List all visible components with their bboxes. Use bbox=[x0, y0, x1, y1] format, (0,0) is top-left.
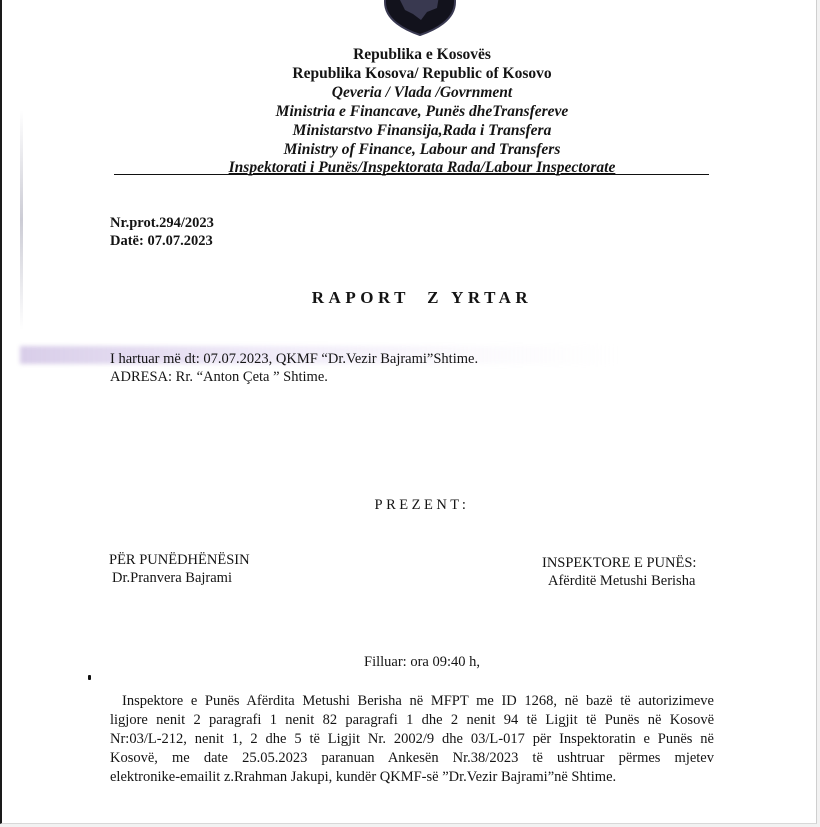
report-title: RAPORT Z YRTAR bbox=[2, 288, 820, 308]
stray-mark bbox=[88, 675, 91, 680]
inspector-label: INSPEKTORE E PUNËS: bbox=[542, 554, 696, 572]
body-paragraph: Inspektore e Punës Afërdita Metushi Beri… bbox=[110, 692, 714, 787]
header-line-5: Ministarstvo Finansija,Rada i Transfera bbox=[2, 121, 820, 140]
header-line-4: Ministria e Financave, Punës dheTransfer… bbox=[2, 102, 820, 121]
employer-label: PËR PUNËDHËNËSIN bbox=[109, 551, 250, 569]
body-line-3: Nr:03/L-212, nenit 1, 2 dhe 5 të Ligjit … bbox=[110, 730, 714, 749]
employer-name: Dr.Pranvera Bajrami bbox=[112, 569, 232, 587]
inspector-name: Afërditë Metushi Berisha bbox=[548, 572, 695, 590]
document-page: Republika e Kosovës Republika Kosova/ Re… bbox=[0, 0, 817, 824]
protocol-date: Datë: 07.07.2023 bbox=[110, 232, 213, 250]
address-line: ADRESA: Rr. “Anton Çeta ” Shtime. bbox=[110, 368, 328, 386]
drafted-line: I hartuar më dt: 07.07.2023, QKMF “Dr.Ve… bbox=[110, 350, 478, 368]
kosovo-coat-of-arms-icon bbox=[383, 0, 457, 36]
protocol-number: Nr.prot.294/2023 bbox=[110, 214, 214, 232]
header-line-3: Qeveria / Vlada /Govrnment bbox=[2, 83, 820, 102]
body-line-1: Inspektore e Punës Afërdita Metushi Beri… bbox=[110, 692, 714, 711]
start-time: Filluar: ora 09:40 h, bbox=[2, 653, 820, 671]
present-heading: PREZENT: bbox=[2, 496, 820, 514]
body-line-5: elektronike-emailit z.Rrahman Jakupi, ku… bbox=[110, 768, 714, 787]
header-divider bbox=[114, 174, 709, 175]
header-line-6: Ministry of Finance, Labour and Transfer… bbox=[2, 140, 820, 159]
body-line-2: ligjore nenit 2 paragrafi 1 nenit 82 par… bbox=[110, 711, 714, 730]
header-line-1: Republika e Kosovës bbox=[2, 45, 820, 64]
header-line-2: Republika Kosova/ Republic of Kosovo bbox=[2, 64, 820, 83]
body-line-4: Kosovë, me date 25.05.2023 paranuan Anke… bbox=[110, 749, 714, 768]
